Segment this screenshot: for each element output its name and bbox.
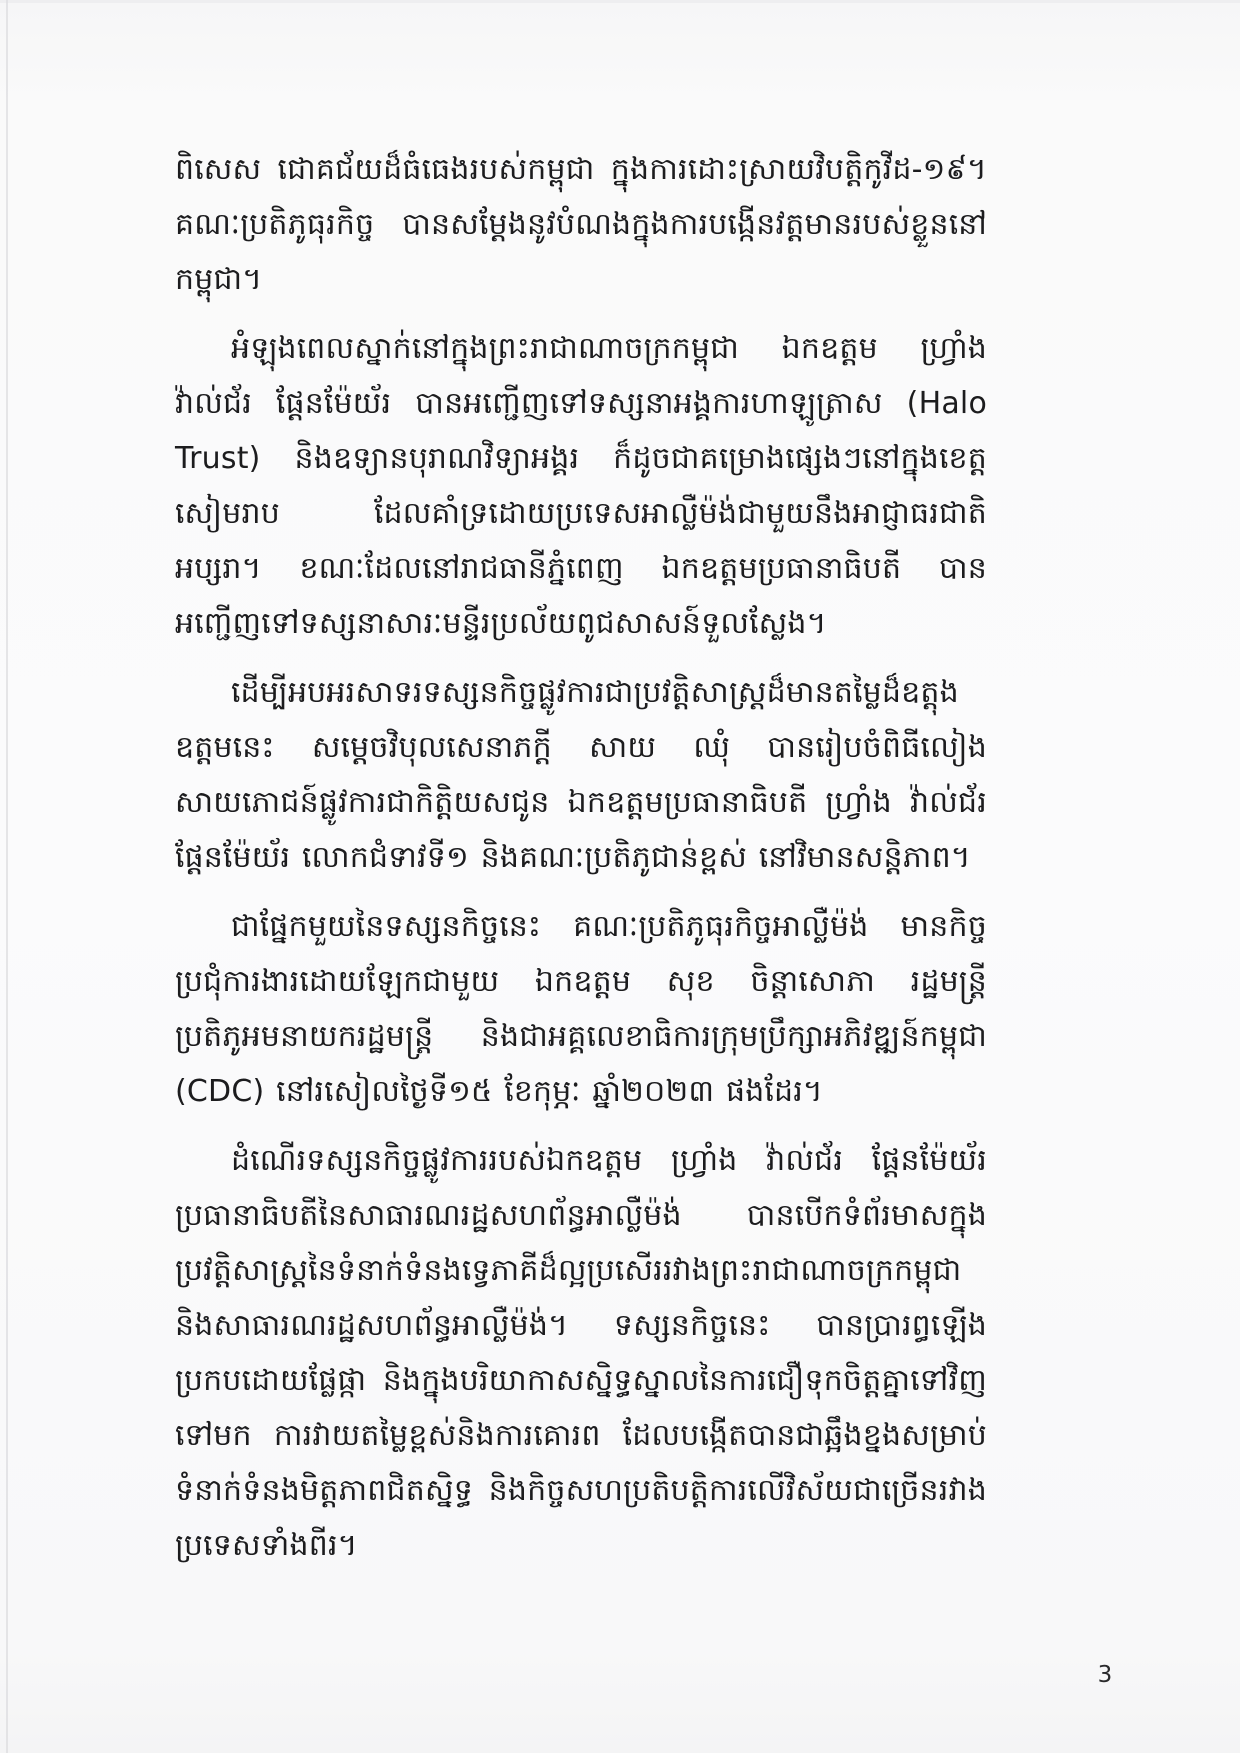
page-number: 3 [1085, 1662, 1125, 1688]
paragraph-cdc-meeting: ជាផ្នែកមួយនៃទស្សនកិច្ចនេះ គណៈប្រតិភូធុរក… [175, 899, 987, 1119]
paragraph-continuation: ពិសេស ជោគជ័យដ៏ធំធេងរបស់កម្ពុជា ក្នុងការដ… [175, 142, 987, 307]
scan-edge-artifact-left [6, 0, 8, 1753]
paragraph-conclusion: ដំណើរទស្សនកិច្ចផ្លូវការរបស់ឯកឧត្តម ហ្រ្វ… [175, 1133, 987, 1573]
document-text-block: ពិសេស ជោគជ័យដ៏ធំធេងរបស់កម្ពុជា ក្នុងការដ… [175, 142, 987, 1587]
paragraph-visit-siem-reap: អំឡុងពេលស្នាក់នៅក្នុងព្រះរាជាណាចក្រកម្ពុ… [175, 321, 987, 651]
scanned-document-page: ពិសេស ជោគជ័យដ៏ធំធេងរបស់កម្ពុជា ក្នុងការដ… [0, 0, 1240, 1753]
paragraph-state-banquet: ដើម្បីអបអរសាទរទស្សនកិច្ចផ្លូវការជាប្រវត្… [175, 665, 987, 885]
scan-edge-artifact-top [0, 0, 1240, 3]
